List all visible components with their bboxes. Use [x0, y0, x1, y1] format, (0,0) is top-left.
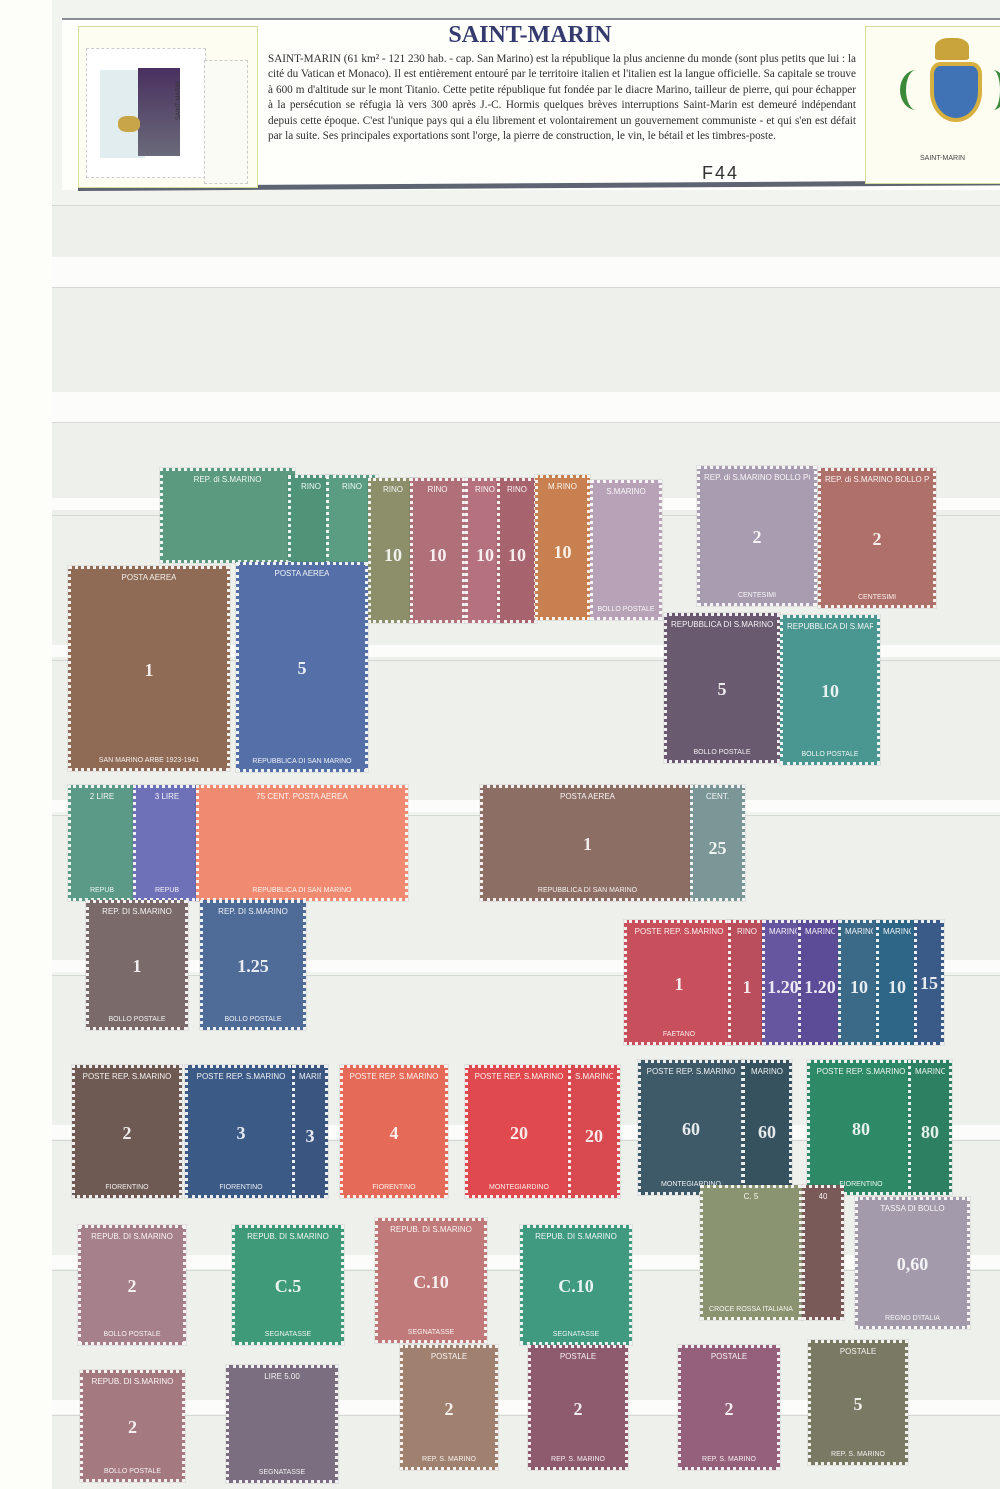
stamp: 3 LIREREPUB [133, 785, 201, 901]
stamp-value: C.10 [558, 1277, 594, 1295]
stamp: MARINO10 [876, 920, 918, 1045]
stamp: REPUB. DI S.MARINO2BOLLO POSTALE [80, 1370, 185, 1482]
stamp-inscription: REP. di S.MARINO [194, 475, 262, 484]
stamp: REPUBBLICA DI S.MARINO5BOLLO POSTALE [664, 613, 780, 763]
stamp-value: 25 [709, 839, 727, 857]
stamp-caption: REPUBBLICA DI SAN MARINO [538, 887, 637, 894]
stamp-caption: MONTEGIARDINO [489, 1184, 549, 1191]
stamp-caption: SEGNATASSE [265, 1331, 311, 1338]
stamp-inscription: REPUBBLICA DI S.MARINO [671, 620, 773, 629]
stamp-inscription: MARINO [883, 927, 911, 936]
stamp-inscription: REPUB. DI S.MARINO [92, 1377, 174, 1386]
stamp-inscription: REPUB. DI S.MARINO [247, 1232, 329, 1241]
stamp-inscription: POSTE REP. S.MARINO [817, 1067, 906, 1076]
stamp-caption: BOLLO POSTALE [597, 606, 654, 613]
stamp-inscription: S.MARINO [606, 487, 646, 496]
stamp-value: 1 [675, 975, 684, 993]
stamp-caption: BOLLO POSTALE [104, 1468, 161, 1475]
stamp-inscription: REP. di S.MARINO BOLLO POSTALE [825, 475, 929, 484]
stamp-caption: FAETANO [663, 1031, 695, 1038]
stamp-inscription: RINO [428, 485, 448, 494]
stamp: POSTA AEREA5REPUBBLICA DI SAN MARINO [236, 562, 368, 772]
crown-icon [935, 38, 969, 60]
stamp-inscription: RINO [737, 927, 757, 936]
stamp-inscription: TASSA DI BOLLO [880, 1204, 944, 1213]
stamp-caption: REPUBBLICA DI SAN MARINO [252, 758, 351, 765]
stock-strip [52, 205, 1000, 258]
stamp-value: 10 [476, 546, 494, 564]
handwritten-note: F44 [702, 163, 739, 184]
page-margin [0, 0, 53, 1489]
stamp: MARINO10 [838, 920, 880, 1045]
stamp: S.MARINOBOLLO POSTALE [590, 480, 662, 620]
stamp-inscription: REPUBBLICA DI S.MARINO [787, 622, 873, 631]
stamp: REPUB. DI S.MARINO2BOLLO POSTALE [78, 1225, 186, 1345]
stamp-inscription: POSTE REP. S.MARINO [475, 1072, 564, 1081]
stamp-value: 1.25 [237, 957, 269, 975]
stamp-value: 1 [145, 661, 154, 679]
stamp: POSTE REP. S.MARINO4FIORENTINO [340, 1065, 448, 1198]
stamp-inscription: C. 5 [744, 1192, 759, 1201]
stamp-caption: REPUB [90, 887, 114, 894]
stamp-value: 10 [508, 546, 526, 564]
laurel-icon [900, 70, 932, 110]
stamp-inscription: S.MARINO [575, 1072, 613, 1081]
stamp-inscription: POSTA AEREA [275, 569, 330, 578]
stamp-inscription: MARINO [299, 1072, 321, 1081]
stamp-caption: FIORENTINO [105, 1184, 148, 1191]
stamp-value: 1 [743, 978, 752, 996]
stamp-value: 2 [128, 1418, 137, 1436]
stamp-inscription: RINO [507, 485, 527, 494]
flag-blue-band [138, 68, 180, 156]
stamp-caption: BOLLO POSTALE [693, 749, 750, 756]
flag-label: SAINT-MARIN [176, 81, 182, 120]
stamp-inscription: POSTE REP. S.MARINO [83, 1072, 172, 1081]
stamp-caption: BOLLO POSTALE [108, 1016, 165, 1023]
stamp-value: 2 [753, 528, 762, 546]
strip-gap [52, 257, 1000, 287]
stamp-inscription: CENT. [706, 792, 729, 801]
stamp: POSTALE5REP. S. MARINO [808, 1340, 908, 1465]
stamp-value: C.10 [413, 1273, 449, 1291]
stamp-value: 10 [821, 682, 839, 700]
stamp: POSTA AEREA1REPUBBLICA DI SAN MARINO [480, 785, 695, 901]
stamp-inscription: POSTA AEREA [122, 573, 177, 582]
stamp-inscription: MARINO [845, 927, 873, 936]
stamp-caption: CROCE ROSSA ITALIANA [709, 1306, 793, 1313]
stamp: REP. di S.MARINO [160, 468, 295, 563]
stamp-value: 2 [123, 1124, 132, 1142]
stamp: MARINO1.20 [798, 920, 842, 1045]
stamp-inscription: M.RINO [548, 482, 577, 491]
stamp-inscription: POSTE REP. S.MARINO [350, 1072, 439, 1081]
stamp: POSTALE2REP. S. MARINO [528, 1345, 628, 1470]
stamp-caption: CENTESIMI [738, 592, 776, 599]
stamp: MARINO80 [908, 1060, 952, 1195]
stamp-caption: SEGNATASSE [259, 1469, 305, 1476]
stamp-caption: CENTESIMI [858, 594, 896, 601]
stamp-caption: REP. S. MARINO [422, 1456, 476, 1463]
stamp-value: 2 [725, 1400, 734, 1418]
stamp-value: 2 [445, 1400, 454, 1418]
stamp-value: 3 [237, 1124, 246, 1142]
stamp: REP. di S.MARINO BOLLO POSTALE2CENTESIMI [697, 466, 817, 606]
stamp-value: 3 [306, 1127, 315, 1145]
stamp-inscription: POSTE REP. S.MARINO [647, 1067, 736, 1076]
stamp: RINO10 [497, 478, 537, 623]
stamp-caption: BOLLO POSTALE [224, 1016, 281, 1023]
stamp-caption: REPUBBLICA DI SAN MARINO [252, 887, 351, 894]
stamp: REP. di S.MARINO BOLLO POSTALE2CENTESIMI [818, 468, 936, 608]
stamp-inscription: 3 LIRE [155, 792, 179, 801]
stamp-value: 2 [574, 1400, 583, 1418]
stamp-value: 5 [718, 680, 727, 698]
stamp: REP. DI S.MARINO1.25BOLLO POSTALE [200, 900, 306, 1030]
stamp: MARINO3 [292, 1065, 328, 1198]
stamp-value: 2 [128, 1277, 137, 1295]
stamp-caption: SAN MARINO ARBE 1923-1941 [99, 757, 199, 764]
stamp: REPUB. DI S.MARINOC.10SEGNATASSE [375, 1218, 487, 1343]
arms-label: SAINT-MARIN [920, 155, 965, 162]
stamp-caption: SEGNATASSE [553, 1331, 599, 1338]
stamp-caption: REP. S. MARINO [551, 1456, 605, 1463]
stamp-value: 5 [298, 659, 307, 677]
stamp: 75 CENT. POSTA AEREAREPUBBLICA DI SAN MA… [196, 785, 408, 901]
stamp-value: 0,60 [897, 1255, 929, 1273]
stamp-inscription: REPUB. DI S.MARINO [390, 1225, 472, 1234]
stamp-inscription: POSTE REP. S.MARINO [635, 927, 724, 936]
stamp-value: 1 [583, 835, 592, 853]
stamp-inscription: RINO [383, 485, 403, 494]
stamp-inscription: 40 [819, 1192, 828, 1201]
stamp: REPUB. DI S.MARINOC.5SEGNATASSE [232, 1225, 344, 1345]
stamp-value: 1.20 [804, 978, 836, 996]
stamp: 2 LIREREPUB [68, 785, 136, 901]
stamp: POSTALE2REP. S. MARINO [400, 1345, 498, 1470]
stamp-inscription: POSTA AEREA [560, 792, 615, 801]
stamp: M.RINO10 [535, 475, 590, 620]
stamp-value: 10 [554, 543, 572, 561]
stamp-caption: REP. S. MARINO [831, 1451, 885, 1458]
stamp-inscription: RINO [475, 485, 495, 494]
stamp-inscription: REPUB. DI S.MARINO [535, 1232, 617, 1241]
stamp: REP. DI S.MARINO1BOLLO POSTALE [86, 900, 188, 1030]
stamp: POSTE REP. S.MARINO60MONTEGIARDINO [638, 1060, 744, 1195]
stamp-caption: REPUB [155, 887, 179, 894]
stamp-inscription: POSTALE [560, 1352, 596, 1361]
stamp: C. 5CROCE ROSSA ITALIANA [700, 1185, 802, 1320]
stamp-inscription: RINO [301, 482, 321, 491]
stamp-inscription: POSTALE [840, 1347, 876, 1356]
stamp-value: C.5 [275, 1277, 302, 1295]
stamp-value: 80 [921, 1123, 939, 1141]
stamp: 40 [802, 1185, 844, 1320]
stamp-inscription: LIRE 5.00 [264, 1372, 300, 1381]
stamp-value: 10 [888, 978, 906, 996]
stamp-value: 10 [384, 546, 402, 564]
stamp-value: 20 [585, 1127, 603, 1145]
stamp-inscription: 75 CENT. POSTA AEREA [256, 792, 347, 801]
stamp-value: 1.20 [767, 978, 799, 996]
stock-strip [52, 287, 1000, 393]
stamp-value: 10 [429, 546, 447, 564]
stamp: REPUB. DI S.MARINOC.10SEGNATASSE [520, 1225, 632, 1345]
stamp-caption: FIORENTINO [372, 1184, 415, 1191]
stamp-value: 1 [133, 957, 142, 975]
stamp-caption: BOLLO POSTALE [801, 751, 858, 758]
stamp-inscription: POSTALE [711, 1352, 747, 1361]
stamp-caption: SEGNATASSE [408, 1329, 454, 1336]
page-title: SAINT-MARIN [430, 22, 630, 49]
stamp-caption: REP. S. MARINO [702, 1456, 756, 1463]
stamp: POSTE REP. S.MARINO3FIORENTINO [185, 1065, 297, 1198]
flag-crest-icon [118, 116, 140, 132]
stamp: CENT.25 [690, 785, 745, 901]
stamp-value: 2 [873, 530, 882, 548]
stamp: REPUBBLICA DI S.MARINO10BOLLO POSTALE [780, 615, 880, 765]
stamp-inscription: MARINO [805, 927, 835, 936]
stamp: POSTE REP. S.MARINO1FAETANO [624, 920, 734, 1045]
stamp: RINO10 [410, 478, 465, 623]
stamp: S.MARINO20 [568, 1065, 620, 1198]
country-description: SAINT-MARIN (61 km² - 121 230 hab. - cap… [268, 52, 856, 144]
stamp-caption: REGNO D'ITALIA [885, 1315, 940, 1322]
coat-of-arms-icon [930, 62, 982, 122]
strip-gap [52, 392, 1000, 422]
stamp-inscription: MARINO [915, 1067, 945, 1076]
stamp: POSTA AEREA1SAN MARINO ARBE 1923-1941 [68, 566, 230, 771]
stamp-inscription: POSTALE [431, 1352, 467, 1361]
stamp: POSTE REP. S.MARINO20MONTEGIARDINO [465, 1065, 573, 1198]
stamp-value: 5 [854, 1395, 863, 1413]
stamp-value: 15 [920, 974, 938, 992]
stamp-inscription: POSTE REP. S.MARINO [197, 1072, 286, 1081]
stamp-inscription: MARINO [769, 927, 797, 936]
stamp-inscription: REP. di S.MARINO BOLLO POSTALE [704, 473, 810, 482]
oak-icon [980, 70, 1000, 110]
stamp-value: 60 [758, 1123, 776, 1141]
stamp-inscription: REPUB. DI S.MARINO [91, 1232, 173, 1241]
card-top-rule [62, 18, 1000, 20]
stamp-caption: BOLLO POSTALE [103, 1331, 160, 1338]
stamp: POSTALE2REP. S. MARINO [678, 1345, 780, 1470]
stamp-inscription: MARINO [751, 1067, 783, 1076]
stamp-value: 80 [852, 1120, 870, 1138]
stamp-value: 60 [682, 1120, 700, 1138]
stamp-caption: FIORENTINO [839, 1181, 882, 1188]
stamp-value: 10 [850, 978, 868, 996]
stamp: MARINO60 [742, 1060, 792, 1195]
stamp-value: 4 [390, 1124, 399, 1142]
stamp: TASSA DI BOLLO0,60REGNO D'ITALIA [855, 1197, 970, 1329]
stamp: RINO1 [728, 920, 766, 1045]
stamp: POSTE REP. S.MARINO80FIORENTINO [807, 1060, 915, 1195]
stamp: LIRE 5.00SEGNATASSE [226, 1365, 338, 1483]
stamp-value: 20 [510, 1124, 528, 1142]
flag-stamp-partial [204, 60, 248, 184]
stamp-inscription: 2 LIRE [90, 792, 114, 801]
stamp-inscription: RINO [342, 482, 362, 491]
stamp: POSTE REP. S.MARINO2FIORENTINO [72, 1065, 182, 1198]
stamp-inscription: REP. DI S.MARINO [102, 907, 172, 916]
stamp-caption: FIORENTINO [219, 1184, 262, 1191]
stamp: 15 [914, 920, 944, 1045]
stamp-inscription: REP. DI S.MARINO [218, 907, 288, 916]
